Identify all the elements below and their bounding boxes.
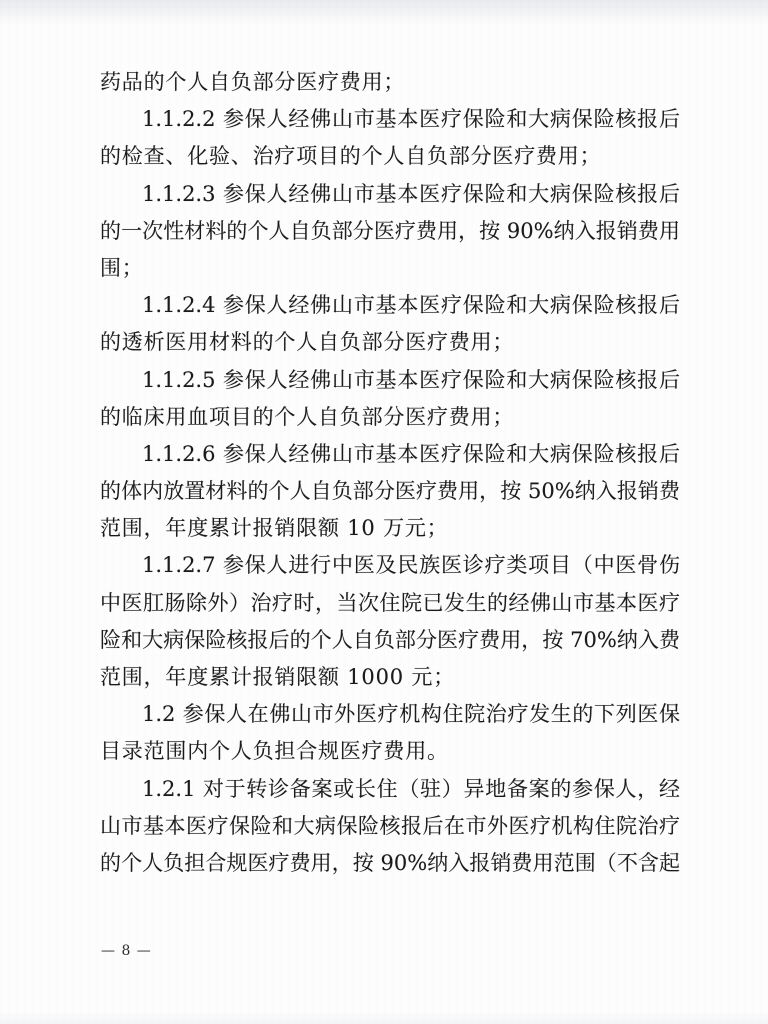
text-line: 的一次性材料的个人自负部分医疗费用，按 90%纳入报销费用范: [100, 213, 680, 250]
text-line: 的体内放置材料的个人自负部分医疗费用，按 50%纳入报销费用: [100, 473, 680, 510]
text-line: 1.2 参保人在佛山市外医疗机构住院治疗发生的下列医保: [100, 696, 680, 733]
text-line: 1.1.2.4 参保人经佛山市基本医疗保险和大病保险核报后: [100, 287, 680, 324]
text-line: 的临床用血项目的个人自负部分医疗费用；: [100, 399, 680, 436]
text-line: 1.2.1 对于转诊备案或长住（驻）异地备案的参保人，经佛: [100, 771, 680, 808]
text-line: 目录范围内个人负担合规医疗费用。: [100, 733, 680, 770]
text-line: 的透析医用材料的个人自负部分医疗费用；: [100, 324, 680, 361]
text-line: 的个人负担合规医疗费用，按 90%纳入报销费用范围（不含起付: [100, 845, 680, 882]
text-line: 范围，年度累计报销限额 1000 元；: [100, 659, 680, 696]
text-line: 的检查、化验、治疗项目的个人自负部分医疗费用；: [100, 138, 680, 175]
text-line: 1.1.2.6 参保人经佛山市基本医疗保险和大病保险核报后: [100, 436, 680, 473]
text-line: 围；: [100, 250, 680, 287]
text-line: 中医肛肠除外）治疗时，当次住院已发生的经佛山市基本医疗保: [100, 585, 680, 622]
document-body-text: 药品的个人自负部分医疗费用；1.1.2.2 参保人经佛山市基本医疗保险和大病保险…: [100, 64, 680, 882]
text-line: 1.1.2.7 参保人进行中医及民族医诊疗类项目（中医骨伤和: [100, 547, 680, 584]
text-line: 范围，年度累计报销限额 10 万元；: [100, 510, 680, 547]
text-line: 山市基本医疗保险和大病保险核报后在市外医疗机构住院治疗: [100, 808, 680, 845]
text-line: 1.1.2.2 参保人经佛山市基本医疗保险和大病保险核报后: [100, 101, 680, 138]
document-page: 药品的个人自负部分医疗费用；1.1.2.2 参保人经佛山市基本医疗保险和大病保险…: [0, 0, 768, 1024]
text-line: 1.1.2.3 参保人经佛山市基本医疗保险和大病保险核报后: [100, 176, 680, 213]
text-line: 险和大病保险核报后的个人自负部分医疗费用，按 70%纳入费用: [100, 622, 680, 659]
page-number: — 8 —: [101, 943, 152, 959]
text-line: 1.1.2.5 参保人经佛山市基本医疗保险和大病保险核报后: [100, 362, 680, 399]
text-line: 药品的个人自负部分医疗费用；: [100, 64, 680, 101]
